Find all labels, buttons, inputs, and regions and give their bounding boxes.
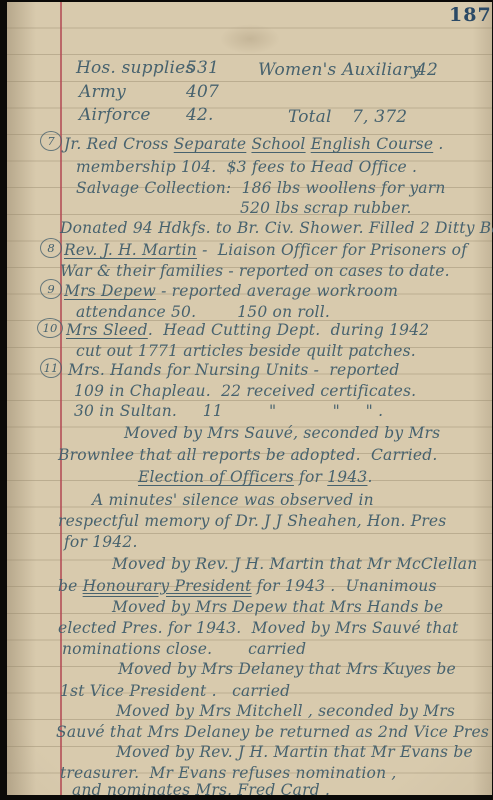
- entry-9-rest: - reported average workroom: [156, 282, 398, 300]
- entry-10-name: Mrs Sleed: [66, 321, 148, 339]
- summary-row1-value: 531: [186, 58, 219, 78]
- entry-10-rest: . Head Cutting Dept. during 1942: [148, 321, 430, 339]
- ledger-photo: 187 Hos. supplies 531 Women's Auxiliary …: [0, 0, 493, 800]
- entry-9-name: Mrs Depew: [64, 282, 156, 300]
- page-number: 187: [449, 4, 492, 26]
- entry-8-line1: Rev. J. H. Martin - Liaison Officer for …: [64, 240, 467, 260]
- motion-hon-pres-line1: Moved by Rev. J H. Martin that Mr McClel…: [112, 554, 477, 574]
- silence-line2: respectful memory of Dr. J J Sheahen, Ho…: [58, 511, 446, 531]
- entry-9-line1: Mrs Depew - reported average workroom: [64, 281, 398, 301]
- election-heading: Election of Officers for 1943.: [138, 467, 373, 487]
- motion-vice1-line1: Moved by Mrs Delaney that Mrs Kuyes be: [118, 659, 456, 679]
- entry-10-line2: cut out 1771 articles beside quilt patch…: [76, 341, 416, 361]
- entry-7-heading-u3: English Course: [311, 135, 434, 153]
- entry-11-number: 11: [40, 358, 62, 378]
- entry-8-number: 8: [40, 238, 62, 258]
- election-heading-end: .: [368, 468, 373, 486]
- hon-pres-underlined: Honourary President: [83, 577, 252, 595]
- motion-vice1-line2: 1st Vice President . carried: [60, 681, 290, 701]
- summary-total-value: 7, 372: [352, 107, 407, 127]
- motion-vice2-line2: Sauvé that Mrs Delaney be returned as 2n…: [56, 722, 489, 742]
- entry-7-number: 7: [40, 131, 62, 151]
- entry-9-number: 9: [40, 279, 62, 299]
- red-margin-line: [60, 2, 62, 795]
- motion-reports-line2: Brownlee that all reports be adopted. Ca…: [58, 445, 438, 465]
- motion-president-line3: nominations close. carried: [62, 639, 306, 659]
- entry-11-line3: 30 in Sultan. 11 " " " .: [74, 401, 383, 421]
- entry-10-line1: Mrs Sleed. Head Cutting Dept. during 194…: [66, 320, 429, 340]
- summary-row3-label: Airforce: [79, 105, 151, 125]
- entry-7-heading: Jr. Red Cross Separate School English Co…: [64, 134, 443, 154]
- hon-pres-post: for 1943 . Unanimous: [252, 577, 437, 595]
- hon-pres-pre: be: [58, 577, 83, 595]
- entry-10-number: 10: [37, 318, 63, 338]
- entry-7-line3: Salvage Collection: 186 lbs woollens for…: [76, 178, 446, 198]
- entry-7-heading-u2: School: [251, 135, 305, 153]
- entry-8-rest: - Liaison Officer for Prisoners of: [197, 241, 467, 259]
- silence-line1: A minutes' silence was observed in: [92, 490, 374, 510]
- election-heading-u2: 1943: [327, 468, 367, 486]
- motion-vice2-line1: Moved by Mrs Mitchell , seconded by Mrs: [116, 701, 455, 721]
- entry-9-line2: attendance 50. 150 on roll.: [76, 302, 330, 322]
- summary-aux-value: 42: [416, 60, 438, 80]
- motion-president-line2: elected Pres. for 1943. Moved by Mrs Sau…: [58, 618, 458, 638]
- entry-11-line2: 109 in Chapleau. 22 received certificate…: [74, 381, 416, 401]
- entry-11-line1: Mrs. Hands for Nursing Units - reported: [68, 360, 400, 380]
- entry-7-heading-lead: Jr. Red Cross: [64, 135, 174, 153]
- summary-row3-value: 42.: [186, 105, 214, 125]
- entry-8-line2: War & their families - reported on cases…: [60, 261, 450, 281]
- silence-line3: for 1942.: [64, 532, 138, 552]
- motion-hon-pres-line2: be Honourary President for 1943 . Unanim…: [58, 576, 437, 596]
- motion-treasurer-line1: Moved by Rev. J H. Martin that Mr Evans …: [116, 742, 473, 762]
- entry-7-line5: Donated 94 Hdkfs. to Br. Civ. Shower. Fi…: [60, 218, 493, 238]
- summary-total-label: Total: [288, 107, 332, 127]
- entry-8-name: Rev. J. H. Martin: [64, 241, 197, 259]
- motion-treasurer-line3: and nominates Mrs. Fred Card .: [72, 780, 330, 800]
- election-heading-mid: for: [294, 468, 327, 486]
- summary-aux-label: Women's Auxiliary: [258, 60, 421, 80]
- motion-reports-line1: Moved by Mrs Sauvé, seconded by Mrs: [124, 423, 440, 443]
- summary-row2-value: 407: [186, 82, 219, 102]
- paper-smudge: [220, 24, 280, 54]
- election-heading-u1: Election of Officers: [138, 468, 294, 486]
- summary-row2-label: Army: [79, 82, 126, 102]
- entry-7-heading-u1: Separate: [174, 135, 247, 153]
- entry-7-heading-tail: .: [433, 135, 443, 153]
- summary-row1-label: Hos. supplies: [76, 58, 194, 78]
- entry-7-line4: 520 lbs scrap rubber.: [240, 198, 412, 218]
- entry-7-line2: membership 104. $3 fees to Head Office .: [76, 157, 417, 177]
- motion-president-line1: Moved by Mrs Depew that Mrs Hands be: [112, 597, 443, 617]
